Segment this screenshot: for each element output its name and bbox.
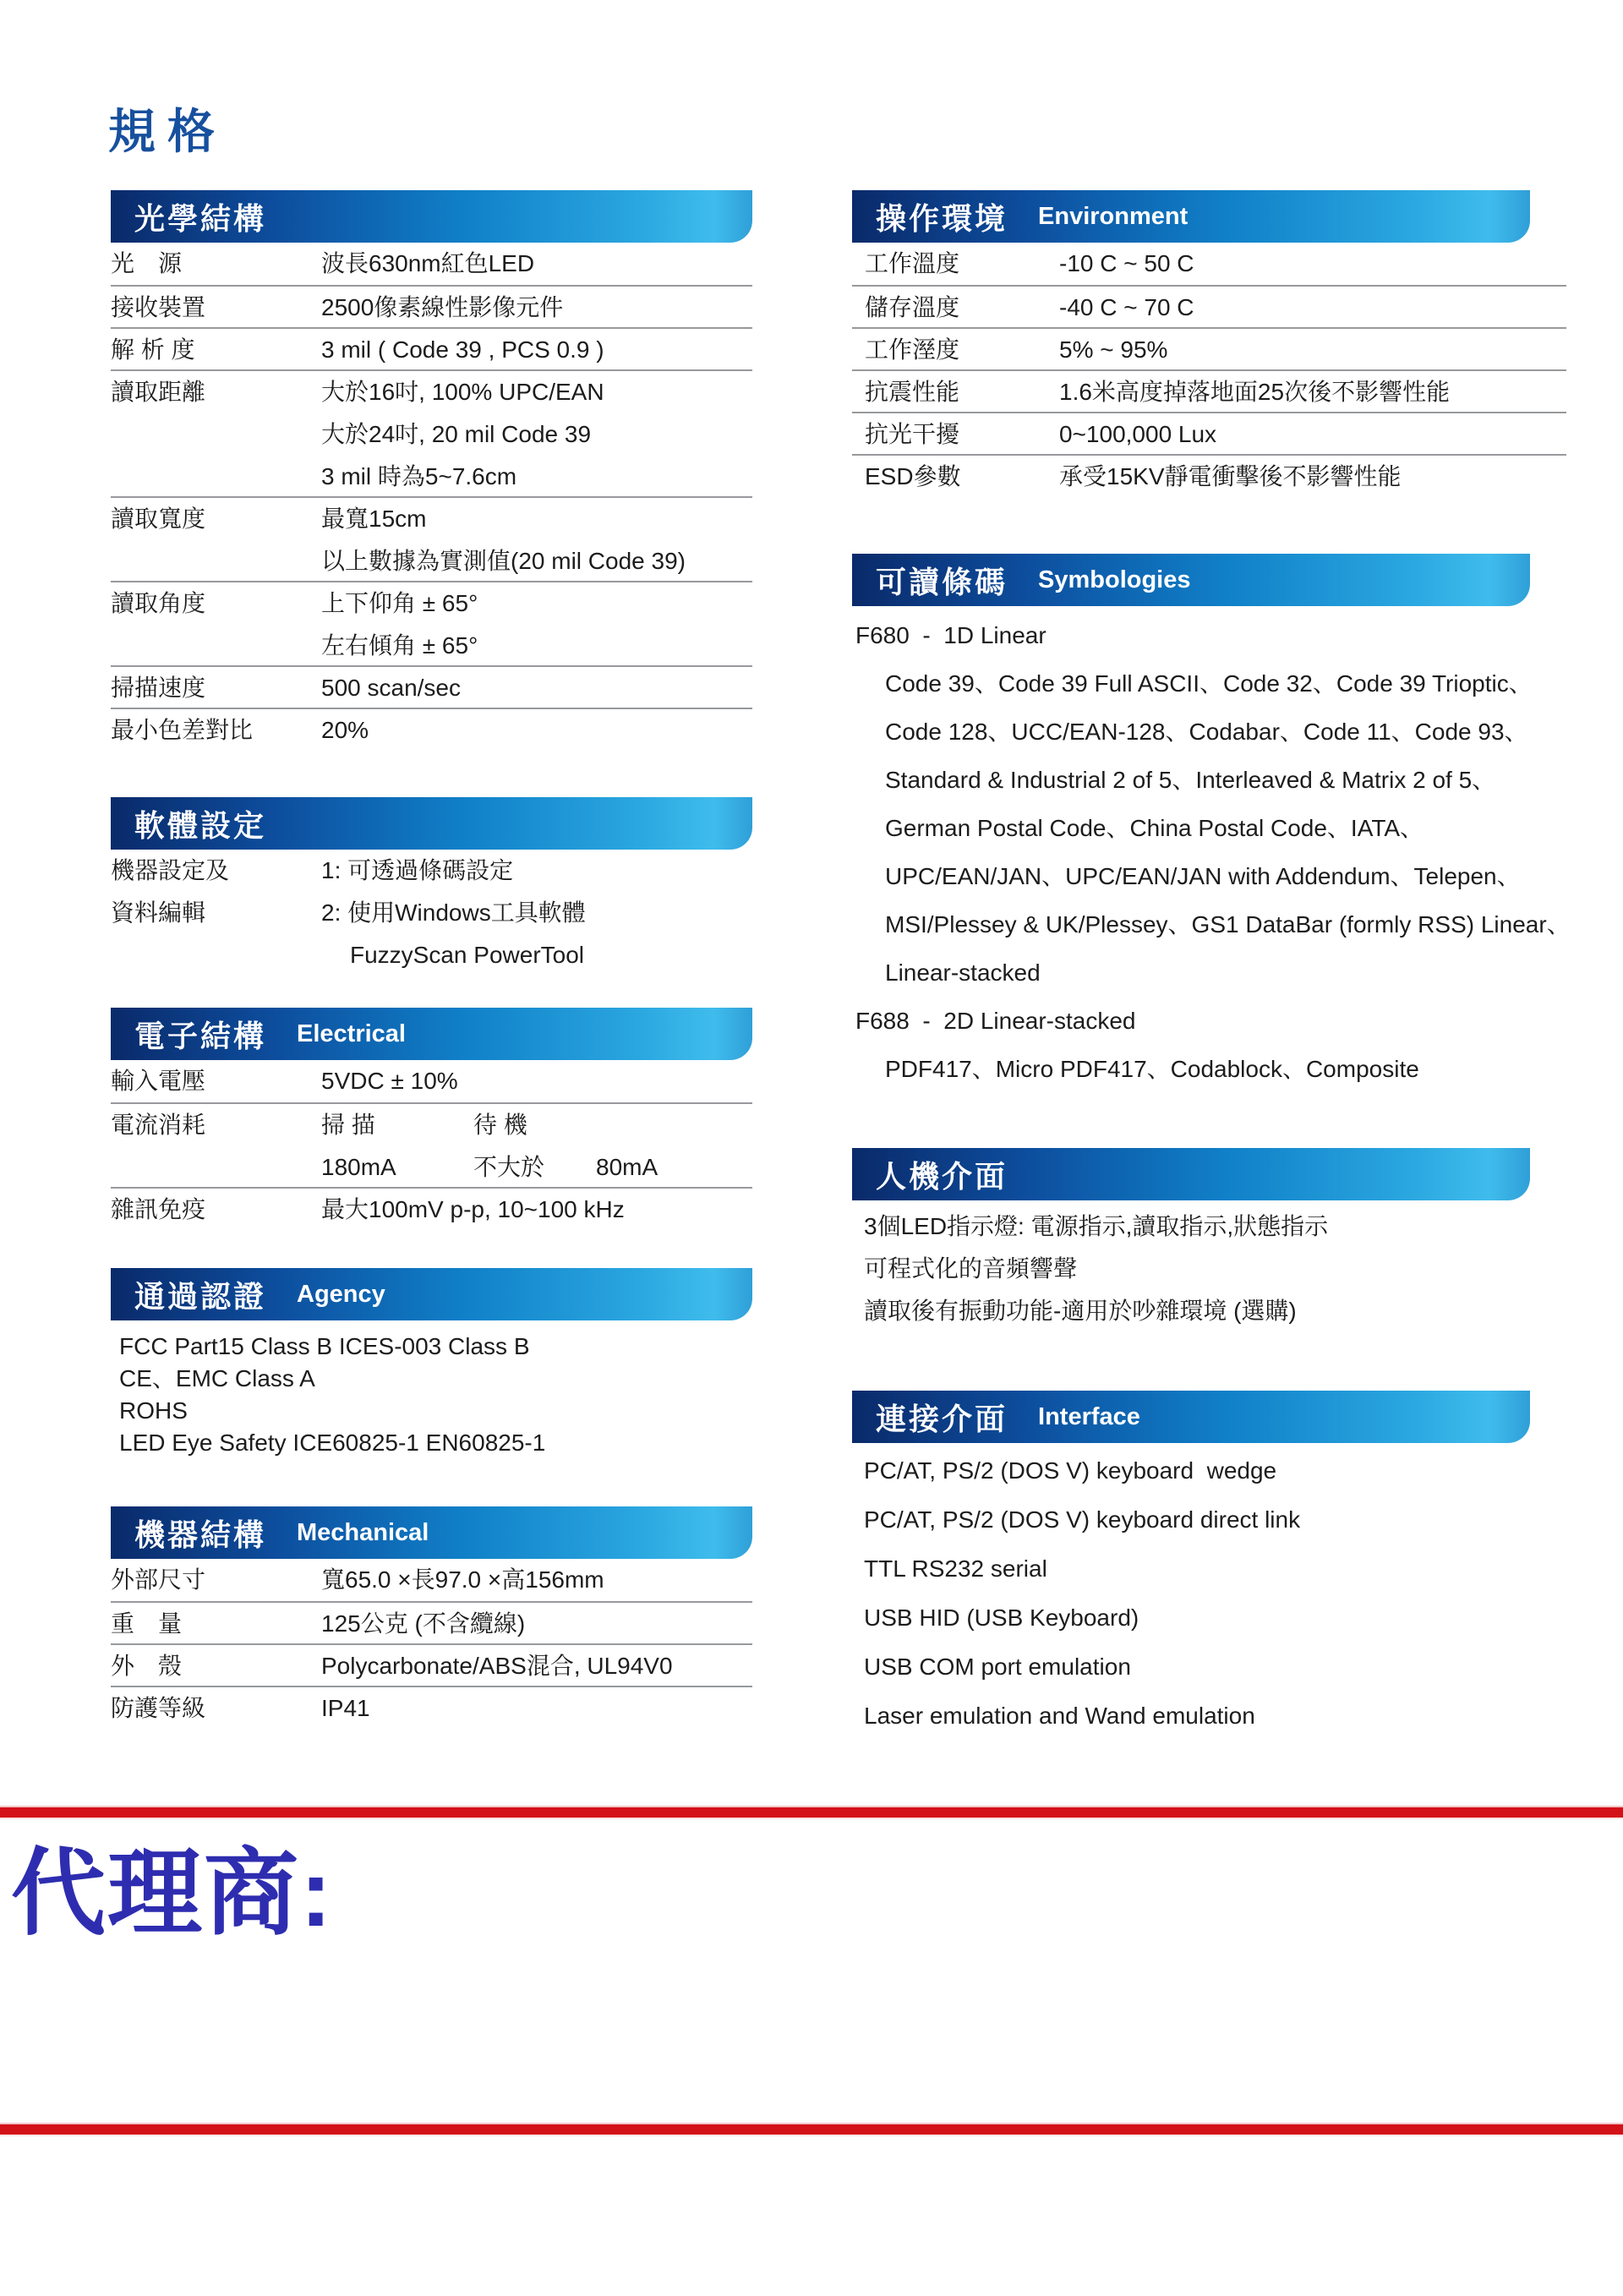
scan-current: 180mA (321, 1146, 473, 1189)
section-title-en: Symbologies (1038, 566, 1191, 594)
section-hmi: 人機介面 3個LED指示燈: 電源指示,讀取指示,狀態指示 可程式化的音頻響聲 … (852, 1148, 1566, 1332)
row-value: 波長630nm紅色LED (321, 243, 752, 285)
row-label: 電流消耗 (111, 1104, 321, 1146)
table-row: 讀取寬度 最寬15cm 以上數據為實測值(20 mil Code 39) (111, 496, 752, 581)
standby-col-header: 待 機 (473, 1104, 596, 1146)
table-row: 光 源 波長630nm紅色LED (111, 243, 752, 285)
row-value: 上下仰角 ± 65° (321, 582, 752, 625)
symbology-group-items: Code 39、Code 39 Full ASCII、Code 32、Code … (852, 659, 1566, 997)
section-title-zh: 通過認證 (134, 1273, 266, 1316)
optical-table: 光 源 波長630nm紅色LED 接收裝置 2500像素線性影像元件 解 析 度… (111, 243, 752, 750)
interface-line: TTL RS232 serial (852, 1544, 1566, 1594)
row-label: ESD參數 (852, 456, 1059, 498)
table-row: 工作溼度 5% ~ 95% (852, 327, 1566, 369)
right-column: 操作環境 Environment 工作溫度 -10 C ~ 50 C 儲存溫度 … (852, 190, 1566, 1741)
interface-line: USB COM port emulation (852, 1643, 1566, 1692)
current-header-line: 掃 描待 機 (321, 1104, 752, 1146)
symbology-group-heading: F688 - 2D Linear-stacked (852, 997, 1566, 1045)
row-value: FuzzyScan PowerTool (321, 934, 752, 976)
symbology-line: Code 128、UCC/EAN-128、Codabar、Code 11、Cod… (852, 708, 1566, 756)
row-label: 外 殼 (111, 1645, 321, 1687)
row-label: 抗震性能 (852, 371, 1059, 413)
section-hmi-header: 人機介面 (852, 1148, 1530, 1200)
table-row: 重 量 125公克 (不含纜線) (111, 1601, 752, 1643)
row-value: -10 C ~ 50 C (1059, 243, 1566, 285)
table-row: 接收裝置 2500像素線性影像元件 (111, 285, 752, 327)
row-value: 最寬15cm (321, 498, 752, 540)
page-title: 規格 (108, 95, 227, 162)
table-row: 最小色差對比 20% (111, 708, 752, 750)
electrical-table: 輸入電壓 5VDC ± 10% 電流消耗 掃 描待 機 180mA不大於80mA… (111, 1060, 752, 1229)
table-row: FuzzyScan PowerTool (111, 934, 752, 976)
table-row: 機器設定及 1: 可透過條碼設定 (111, 850, 752, 892)
row-label: 工作溼度 (852, 329, 1059, 371)
table-row: 讀取角度 上下仰角 ± 65° 左右傾角 ± 65° (111, 581, 752, 665)
section-mechanical: 機器結構 Mechanical 外部尺寸 寬65.0 ×長97.0 ×高156m… (111, 1506, 752, 1728)
row-value: 大於24吋, 20 mil Code 39 (321, 413, 752, 456)
symbology-line: MSI/Plessey & UK/Plessey、GS1 DataBar (fo… (852, 900, 1566, 948)
environment-table: 工作溫度 -10 C ~ 50 C 儲存溫度 -40 C ~ 70 C 工作溼度… (852, 243, 1566, 496)
row-value: 125公克 (不含纜線) (321, 1603, 752, 1645)
row-value: 3 mil 時為5~7.6cm (321, 456, 752, 498)
row-value: 5VDC ± 10% (321, 1060, 752, 1102)
row-label: 雜訊免疫 (111, 1189, 321, 1231)
table-row: 抗光干擾 0~100,000 Lux (852, 412, 1566, 454)
row-value: 2500像素線性影像元件 (321, 287, 752, 329)
section-symbologies: 可讀條碼 Symbologies F680 - 1D Linear Code 3… (852, 554, 1566, 1093)
section-title-zh: 連接介面 (876, 1396, 1008, 1439)
row-value: 承受15KV靜電衝擊後不影響性能 (1059, 456, 1566, 498)
row-label: 工作溫度 (852, 243, 1059, 285)
row-label: 重 量 (111, 1603, 321, 1645)
symbologies-list: F680 - 1D Linear Code 39、Code 39 Full AS… (852, 611, 1566, 1093)
table-row: 外 殼 Polycarbonate/ABS混合, UL94V0 (111, 1643, 752, 1686)
row-value: IP41 (321, 1687, 752, 1730)
section-title-zh: 人機介面 (876, 1153, 1008, 1196)
row-value: 1: 可透過條碼設定 (321, 850, 752, 892)
row-value: 0~100,000 Lux (1059, 413, 1566, 456)
row-value: 以上數據為實測值(20 mil Code 39) (321, 540, 752, 582)
section-title-en: Electrical (297, 1020, 406, 1048)
symbology-group-heading: F680 - 1D Linear (852, 611, 1566, 659)
row-label: 防護等級 (111, 1687, 321, 1730)
interface-line: Laser emulation and Wand emulation (852, 1692, 1566, 1741)
row-label: 解 析 度 (111, 329, 321, 371)
software-table: 機器設定及 1: 可透過條碼設定 資料編輯 2: 使用Windows工具軟體 F… (111, 850, 752, 976)
section-title-zh: 可讀條碼 (876, 559, 1008, 602)
section-software-header: 軟體設定 (111, 797, 752, 850)
section-optical-header: 光學結構 (111, 190, 752, 243)
row-label: 外部尺寸 (111, 1559, 321, 1601)
section-interface: 連接介面 Interface PC/AT, PS/2 (DOS V) keybo… (852, 1391, 1566, 1741)
row-value: 3 mil ( Code 39 , PCS 0.9 ) (321, 329, 752, 371)
section-title-en: Mechanical (297, 1519, 429, 1547)
row-label: 資料編輯 (111, 892, 321, 934)
row-value: 大於16吋, 100% UPC/EAN (321, 371, 752, 413)
table-row: 讀取距離 大於16吋, 100% UPC/EAN 大於24吋, 20 mil C… (111, 369, 752, 496)
symbology-line: German Postal Code、China Postal Code、IAT… (852, 804, 1566, 852)
table-row: 輸入電壓 5VDC ± 10% (111, 1060, 752, 1102)
interface-line: PC/AT, PS/2 (DOS V) keyboard wedge (852, 1446, 1566, 1495)
agency-list: FCC Part15 Class B ICES-003 Class B CE、E… (111, 1331, 752, 1459)
row-value: 左右傾角 ± 65° (321, 625, 752, 667)
section-title-zh: 軟體設定 (134, 802, 266, 845)
table-row: 防護等級 IP41 (111, 1686, 752, 1728)
row-label: 光 源 (111, 243, 321, 285)
row-label: 儲存溫度 (852, 287, 1059, 329)
row-value: -40 C ~ 70 C (1059, 287, 1566, 329)
table-row: 工作溫度 -10 C ~ 50 C (852, 243, 1566, 285)
section-environment: 操作環境 Environment 工作溫度 -10 C ~ 50 C 儲存溫度 … (852, 190, 1566, 496)
row-value: 2: 使用Windows工具軟體 (321, 892, 752, 934)
section-software: 軟體設定 機器設定及 1: 可透過條碼設定 資料編輯 2: 使用Windows工… (111, 797, 752, 976)
section-environment-header: 操作環境 Environment (852, 190, 1530, 243)
left-column: 光學結構 光 源 波長630nm紅色LED 接收裝置 2500像素線性影像元件 … (111, 190, 752, 1728)
row-value: 5% ~ 95% (1059, 329, 1566, 371)
symbology-line: Linear-stacked (852, 948, 1566, 997)
hmi-line: 3個LED指示燈: 電源指示,讀取指示,狀態指示 (852, 1205, 1566, 1248)
section-agency-header: 通過認證 Agency (111, 1268, 752, 1320)
red-divider-line (0, 2123, 1623, 2136)
table-row: 外部尺寸 寬65.0 ×長97.0 ×高156mm (111, 1559, 752, 1601)
section-title-zh: 電子結構 (134, 1013, 266, 1056)
section-mechanical-header: 機器結構 Mechanical (111, 1506, 752, 1559)
row-label: 掃描速度 (111, 667, 321, 709)
row-label: 機器設定及 (111, 850, 321, 892)
section-optical: 光學結構 光 源 波長630nm紅色LED 接收裝置 2500像素線性影像元件 … (111, 190, 752, 750)
section-interface-header: 連接介面 Interface (852, 1391, 1530, 1443)
table-row: ESD參數 承受15KV靜電衝擊後不影響性能 (852, 454, 1566, 496)
interface-line: PC/AT, PS/2 (DOS V) keyboard direct link (852, 1495, 1566, 1544)
section-title-zh: 機器結構 (134, 1512, 266, 1555)
mechanical-table: 外部尺寸 寬65.0 ×長97.0 ×高156mm 重 量 125公克 (不含纜… (111, 1559, 752, 1728)
spec-sheet-page: 規格 光學結構 光 源 波長630nm紅色LED 接收裝置 2500像素線性影像… (0, 0, 1623, 2296)
current-value-line: 180mA不大於80mA (321, 1146, 752, 1189)
row-label: 最小色差對比 (111, 709, 321, 752)
agency-line: LED Eye Safety ICE60825-1 EN60825-1 (119, 1427, 752, 1459)
hmi-line: 可程式化的音頻響聲 (852, 1248, 1566, 1290)
symbology-group-items: PDF417、Micro PDF417、Codablock、Composite (852, 1045, 1566, 1093)
symbology-line: Standard & Industrial 2 of 5、Interleaved… (852, 756, 1566, 804)
hmi-line: 讀取後有振動功能-適用於吵雜環境 (選購) (852, 1290, 1566, 1332)
distributor-stamp: 代理商: (11, 1818, 333, 1954)
agency-line: ROHS (119, 1395, 752, 1427)
symbology-line: Code 39、Code 39 Full ASCII、Code 32、Code … (852, 659, 1566, 708)
row-label: 讀取距離 (111, 371, 321, 413)
section-agency: 通過認證 Agency FCC Part15 Class B ICES-003 … (111, 1268, 752, 1459)
row-value: 寬65.0 ×長97.0 ×高156mm (321, 1559, 752, 1601)
table-row: 抗震性能 1.6米高度掉落地面25次後不影響性能 (852, 369, 1566, 412)
row-value: 20% (321, 709, 752, 752)
standby-qualifier: 不大於 (473, 1146, 596, 1189)
row-value: 1.6米高度掉落地面25次後不影響性能 (1059, 371, 1566, 413)
interface-list: PC/AT, PS/2 (DOS V) keyboard wedge PC/AT… (852, 1446, 1566, 1741)
agency-line: FCC Part15 Class B ICES-003 Class B (119, 1331, 752, 1363)
row-value: 最大100mV p-p, 10~100 kHz (321, 1189, 752, 1231)
table-row: 儲存溫度 -40 C ~ 70 C (852, 285, 1566, 327)
row-label: 讀取寬度 (111, 498, 321, 540)
table-row: 電流消耗 掃 描待 機 180mA不大於80mA (111, 1102, 752, 1187)
table-row: 解 析 度 3 mil ( Code 39 , PCS 0.9 ) (111, 327, 752, 369)
row-label: 輸入電壓 (111, 1060, 321, 1102)
section-title-en: Environment (1038, 203, 1188, 231)
interface-line: USB HID (USB Keyboard) (852, 1594, 1566, 1643)
row-label: 讀取角度 (111, 582, 321, 625)
row-value: Polycarbonate/ABS混合, UL94V0 (321, 1645, 752, 1687)
standby-current: 80mA (596, 1146, 658, 1189)
section-title-en: Agency (297, 1281, 385, 1309)
section-title-en: Interface (1038, 1403, 1140, 1431)
section-electrical: 電子結構 Electrical 輸入電壓 5VDC ± 10% 電流消耗 掃 描… (111, 1008, 752, 1229)
symbology-line: PDF417、Micro PDF417、Codablock、Composite (852, 1045, 1566, 1093)
section-symbologies-header: 可讀條碼 Symbologies (852, 554, 1530, 606)
table-row: 資料編輯 2: 使用Windows工具軟體 (111, 892, 752, 934)
table-row: 掃描速度 500 scan/sec (111, 665, 752, 708)
row-label: 抗光干擾 (852, 413, 1059, 456)
row-value: 500 scan/sec (321, 667, 752, 709)
section-electrical-header: 電子結構 Electrical (111, 1008, 752, 1060)
agency-line: CE、EMC Class A (119, 1363, 752, 1395)
row-label: 接收裝置 (111, 287, 321, 329)
table-row: 雜訊免疫 最大100mV p-p, 10~100 kHz (111, 1187, 752, 1229)
section-title-zh: 光學結構 (134, 195, 266, 238)
section-title-zh: 操作環境 (876, 195, 1008, 238)
symbology-line: UPC/EAN/JAN、UPC/EAN/JAN with Addendum、Te… (852, 852, 1566, 900)
scan-col-header: 掃 描 (321, 1104, 473, 1146)
hmi-list: 3個LED指示燈: 電源指示,讀取指示,狀態指示 可程式化的音頻響聲 讀取後有振… (852, 1205, 1566, 1332)
